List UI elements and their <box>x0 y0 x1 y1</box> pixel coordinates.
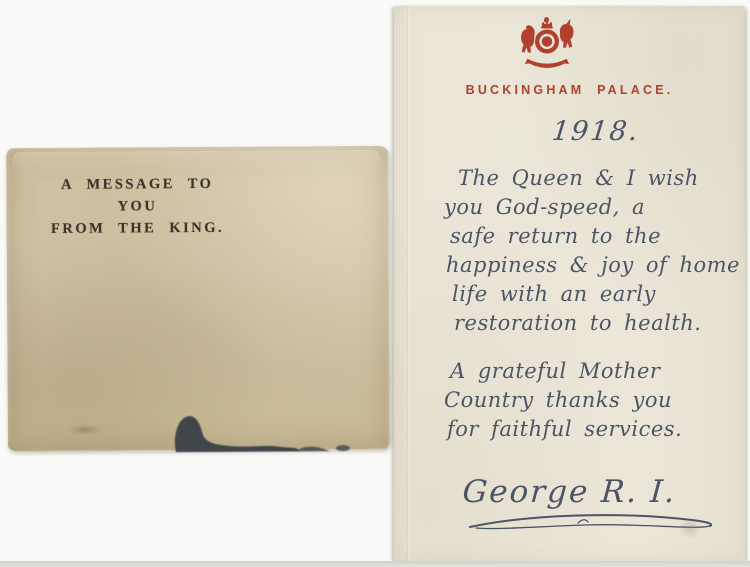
handwritten-line: safe return to the <box>450 222 734 251</box>
signature: George R. I. <box>393 474 747 510</box>
handwritten-line: for faithful services. <box>447 415 734 444</box>
handwritten-line: restoration to health. <box>454 309 734 338</box>
handwritten-line: you God-speed, a <box>444 193 734 222</box>
letter-page: BUCKINGHAM PALACE. 1918. The Queen & I w… <box>394 6 745 561</box>
envelope-wear-smudge <box>68 425 102 435</box>
paragraph-2: A grateful Mother Country thanks you for… <box>444 357 734 444</box>
letter-smudge <box>677 517 703 539</box>
scan-bottom-edge <box>0 561 750 567</box>
envelope-burn-stain <box>146 403 356 452</box>
paragraph-1: The Queen & I wish you God-speed, a safe… <box>444 164 734 338</box>
envelope-printed-text: A MESSAGE TO YOU FROM THE KING. <box>42 173 232 240</box>
handwritten-line: happiness & joy of home <box>446 251 734 280</box>
handwritten-line: The Queen & I wish <box>458 164 734 193</box>
letter-date: 1918. <box>550 116 641 147</box>
handwritten-line: Country thanks you <box>444 386 734 415</box>
envelope-text-line2: FROM THE KING. <box>43 217 233 240</box>
letter-body: The Queen & I wish you God-speed, a safe… <box>444 164 734 444</box>
handwritten-line: A grateful Mother <box>450 357 734 386</box>
letterhead-title: BUCKINGHAM PALACE. <box>394 83 745 97</box>
envelope-text-line1: A MESSAGE TO YOU <box>42 173 232 218</box>
envelope: A MESSAGE TO YOU FROM THE KING. <box>6 146 390 451</box>
royal-coat-of-arms-icon <box>515 16 579 83</box>
scanned-document: A MESSAGE TO YOU FROM THE KING. <box>0 0 750 567</box>
handwritten-line: life with an early <box>452 280 734 309</box>
burn-stain-shape <box>146 403 356 452</box>
